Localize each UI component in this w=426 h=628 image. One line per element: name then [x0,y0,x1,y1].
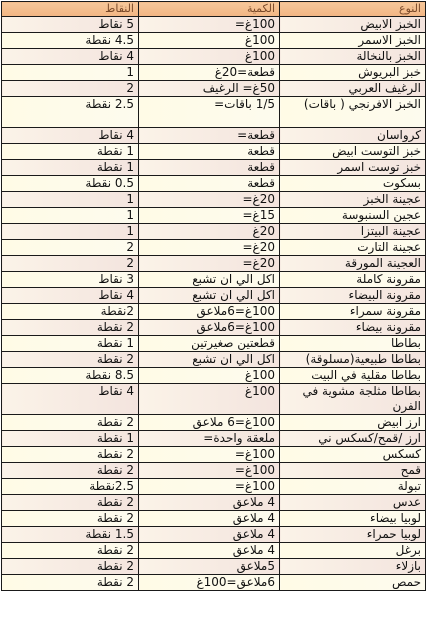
food-type-cell: بطاطا مثلجة مشوية في الفرن [280,384,426,415]
table-row: الخبز بالنخالة100غ4 نقاط [2,49,426,65]
points-cell: 4.5 نقطة [2,33,139,49]
points-cell: 2 نقطة [2,543,139,559]
table-row: ارز ابيض100غ=6 ملاعق2 نقطة [2,415,426,431]
quantity-cell: قطعة [139,144,280,160]
points-cell: 2 نقطة [2,463,139,479]
table-row: بازلاء5ملاعق2 نقطة [2,559,426,575]
table-row: الرغيف العربي50غ= الرغيف2 [2,81,426,97]
food-type-cell: الخبز الاسمر [280,33,426,49]
points-cell: 2نقطة [2,304,139,320]
quantity-cell: 20غ= [139,240,280,256]
food-type-cell: بازلاء [280,559,426,575]
table-row: الخبز الابيض100غ=5 نقاط [2,17,426,33]
table-row: الخبز الاسمر100غ4.5 نقطة [2,33,426,49]
food-type-cell: عجينة البيتزا [280,224,426,240]
table-row: مقرونة البيضاءاكل الي ان تشبع4 نقاط [2,288,426,304]
food-type-cell: كرواسان [280,128,426,144]
food-type-cell: لوبيا حمراء [280,527,426,543]
quantity-cell: 100غ= [139,17,280,33]
food-type-cell: قمح [280,463,426,479]
points-cell: 1 نقطة [2,144,139,160]
food-type-cell: مقرونة سمراء [280,304,426,320]
food-type-cell: عدس [280,495,426,511]
table-row: بطاطا طبيعية(مسلوقة)اكل الي ان تشبع2 نقط… [2,352,426,368]
points-cell: 1 [2,208,139,224]
table-row: بطاطاقطعتين صغيرتين1 نقطة [2,336,426,352]
quantity-cell: 4 ملاعق [139,543,280,559]
points-cell: 8.5 نقطة [2,368,139,384]
table-row: خبز البريوشقطعة=20غ1 [2,65,426,81]
food-type-cell: مقرونة البيضاء [280,288,426,304]
points-cell: 2 نقطة [2,320,139,336]
points-cell: 4 نقاط [2,384,139,415]
points-cell: 3 نقاط [2,272,139,288]
table-row: خبز توست اسمرقطعة1 نقطة [2,160,426,176]
points-cell: 4 نقاط [2,49,139,65]
quantity-cell: قطعة= [139,128,280,144]
points-cell: 0.5 نقطة [2,176,139,192]
points-cell: 1 [2,224,139,240]
table-row: عدس4 ملاعق2 نقطة [2,495,426,511]
table-row: برغل4 ملاعق2 نقطة [2,543,426,559]
points-cell: 4 نقاط [2,288,139,304]
food-type-cell: بسكوت [280,176,426,192]
food-type-cell: خبز التوست ابيض [280,144,426,160]
table-row: مقرونة سمراء100غ=6ملاعق2نقطة [2,304,426,320]
table-row: قمح100غ=2 نقطة [2,463,426,479]
quantity-cell: 100غ= [139,447,280,463]
points-table-container: النوع الكمية النقاط الخبز الابيض100غ=5 ن… [1,1,425,591]
points-cell: 2 [2,240,139,256]
header-type: النوع [280,2,426,17]
table-row: العجينة المورقة20غ=2 [2,256,426,272]
table-row: بسكوتقطعة0.5 نقطة [2,176,426,192]
table-row: بطاطا مثلجة مشوية في الفرن100غ4 نقاط [2,384,426,415]
quantity-cell: 100غ [139,33,280,49]
points-cell: 2 نقطة [2,352,139,368]
table-row: عجينة التارت20غ=2 [2,240,426,256]
table-header-row: النوع الكمية النقاط [2,2,426,17]
food-type-cell: تبولة [280,479,426,495]
quantity-cell: اكل الي ان تشبع [139,352,280,368]
points-cell: 1 [2,192,139,208]
quantity-cell: 4 ملاعق [139,495,280,511]
food-type-cell: ارز ابيض [280,415,426,431]
quantity-cell: 100غ= [139,463,280,479]
food-type-cell: برغل [280,543,426,559]
points-cell: 1 نقطة [2,336,139,352]
table-row: مقرونة بيضاء100غ=6ملاعق2 نقطة [2,320,426,336]
table-row: الخبز الافرنجي ( باقات)1/5 باقات=2.5 نقط… [2,97,426,128]
quantity-cell: 6ملاعق=100غ [139,575,280,591]
quantity-cell: 15غ= [139,208,280,224]
table-row: عجينة الخبز20غ=1 [2,192,426,208]
quantity-cell: اكل الي ان تشبع [139,288,280,304]
points-cell: 4 نقاط [2,128,139,144]
food-type-cell: الخبز بالنخالة [280,49,426,65]
food-type-cell: عجينة الخبز [280,192,426,208]
quantity-cell: قطعة=20غ [139,65,280,81]
points-cell: 2 [2,81,139,97]
food-type-cell: خبز توست اسمر [280,160,426,176]
table-row: عجين السنبوسة15غ=1 [2,208,426,224]
points-cell: 2 نقطة [2,511,139,527]
table-row: لوبيا حمراء4 ملاعق1.5 نقطة [2,527,426,543]
food-type-cell: خبز البريوش [280,65,426,81]
quantity-cell: 4 ملاعق [139,527,280,543]
food-type-cell: ارز /قمح/كسكس ني [280,431,426,447]
food-type-cell: عجينة التارت [280,240,426,256]
food-type-cell: الخبز الافرنجي ( باقات) [280,97,426,128]
food-type-cell: الخبز الابيض [280,17,426,33]
table-row: حمص6ملاعق=100غ2 نقطة [2,575,426,591]
points-cell: 2 نقطة [2,415,139,431]
food-type-cell: كسكس [280,447,426,463]
quantity-cell: قطعتين صغيرتين [139,336,280,352]
quantity-cell: 20غ= [139,192,280,208]
food-type-cell: الرغيف العربي [280,81,426,97]
table-row: مقرونة كاملةاكل الي ان تشبع3 نقاط [2,272,426,288]
quantity-cell: 100غ [139,49,280,65]
quantity-cell: 1/5 باقات= [139,97,280,128]
points-cell: 2 نقطة [2,495,139,511]
table-row: بطاطا مقلية في البيت100غ8.5 نقطة [2,368,426,384]
quantity-cell: 20غ= [139,256,280,272]
table-row: خبز التوست ابيضقطعة1 نقطة [2,144,426,160]
points-cell: 5 نقاط [2,17,139,33]
points-cell: 2 نقطة [2,575,139,591]
food-type-cell: لوبيا بيضاء [280,511,426,527]
food-type-cell: بطاطا طبيعية(مسلوقة) [280,352,426,368]
quantity-cell: 5ملاعق [139,559,280,575]
quantity-cell: قطعة [139,160,280,176]
quantity-cell: اكل الي ان تشبع [139,272,280,288]
quantity-cell: 100غ=6ملاعق [139,304,280,320]
food-type-cell: مقرونة كاملة [280,272,426,288]
food-points-table: النوع الكمية النقاط الخبز الابيض100غ=5 ن… [1,1,426,591]
food-type-cell: بطاطا مقلية في البيت [280,368,426,384]
quantity-cell: 100غ [139,368,280,384]
food-type-cell: بطاطا [280,336,426,352]
table-row: تبولة100غ=2.5نقطة [2,479,426,495]
quantity-cell: قطعة [139,176,280,192]
food-type-cell: عجين السنبوسة [280,208,426,224]
header-quantity: الكمية [139,2,280,17]
food-type-cell: العجينة المورقة [280,256,426,272]
quantity-cell: 20غ [139,224,280,240]
points-cell: 1 نقطة [2,160,139,176]
table-row: لوبيا بيضاء4 ملاعق2 نقطة [2,511,426,527]
header-points: النقاط [2,2,139,17]
quantity-cell: ملعقة واحدة= [139,431,280,447]
table-row: كرواسانقطعة=4 نقاط [2,128,426,144]
points-cell: 2 نقطة [2,447,139,463]
points-cell: 1.5 نقطة [2,527,139,543]
table-row: كسكس100غ=2 نقطة [2,447,426,463]
points-cell: 2.5نقطة [2,479,139,495]
quantity-cell: 4 ملاعق [139,511,280,527]
quantity-cell: 100غ= [139,479,280,495]
quantity-cell: 100غ [139,384,280,415]
quantity-cell: 100غ=6 ملاعق [139,415,280,431]
quantity-cell: 50غ= الرغيف [139,81,280,97]
food-type-cell: مقرونة بيضاء [280,320,426,336]
quantity-cell: 100غ=6ملاعق [139,320,280,336]
points-cell: 2 نقطة [2,559,139,575]
points-cell: 1 نقطة [2,431,139,447]
points-cell: 1 [2,65,139,81]
table-body: الخبز الابيض100غ=5 نقاطالخبز الاسمر100غ4… [2,17,426,591]
points-cell: 2.5 نقطة [2,97,139,128]
table-row: عجينة البيتزا20غ1 [2,224,426,240]
table-row: ارز /قمح/كسكس نيملعقة واحدة=1 نقطة [2,431,426,447]
points-cell: 2 [2,256,139,272]
food-type-cell: حمص [280,575,426,591]
